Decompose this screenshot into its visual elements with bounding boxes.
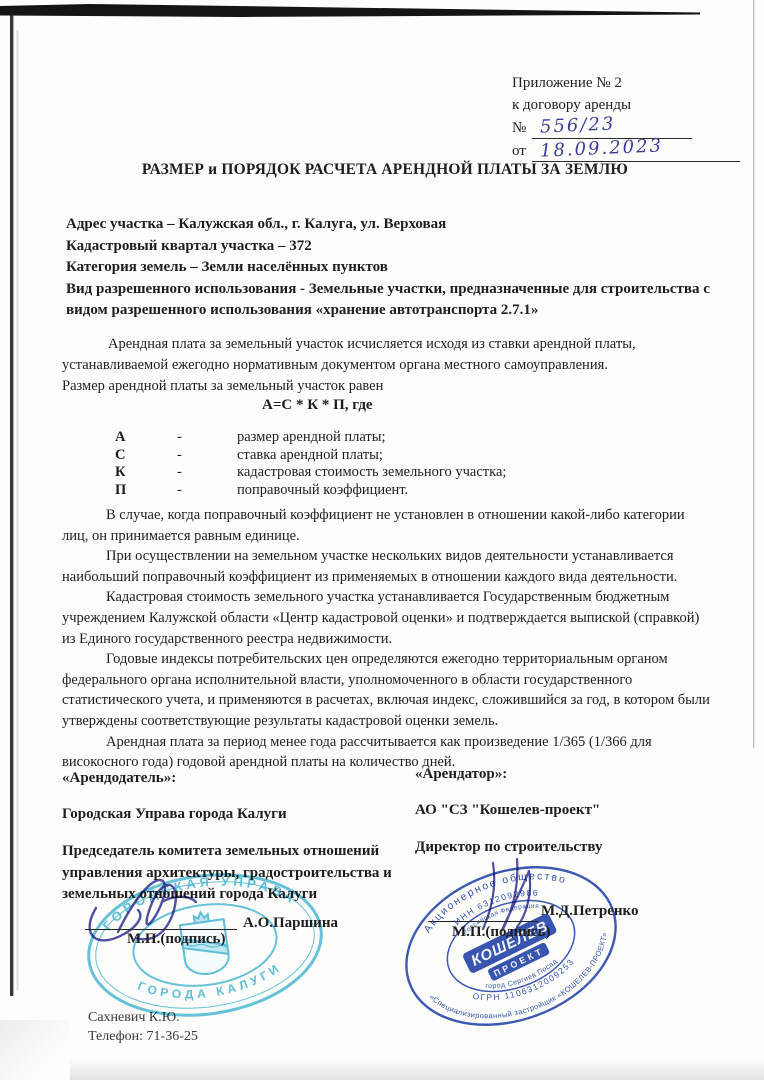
plot-land-category: Категория земель – Земли населённых пунк… (66, 257, 712, 279)
definition-row: А - размер арендной платы; (115, 429, 675, 447)
paragraph: Кадастровая стоимость земельного участка… (62, 587, 712, 649)
bottom-page-edge (0, 1058, 764, 1080)
lessee-signature-line (428, 921, 538, 922)
intro-paragraph: Арендная плата за земельный участок исчи… (62, 334, 710, 397)
number-underline: 556/23 (532, 115, 692, 139)
contract-number-line: № 556/23 (512, 116, 750, 139)
plot-permitted-use: Вид разрешенного использования - Земельн… (66, 279, 712, 322)
paragraph: При осуществлении на земельном участке н… (62, 546, 712, 587)
lessee-signer-name: М.Д.Петренко (541, 903, 638, 920)
definition-dash: - (177, 464, 237, 482)
lessor-signer-name: А.О.Паршина (243, 915, 338, 932)
intro-text: Арендная плата за земельный участок исчи… (62, 334, 710, 376)
lessee-role-header: «Арендатор»: (415, 764, 725, 786)
paragraph: Годовые индексы потребительских цен опре… (62, 649, 712, 731)
definition-dash: - (177, 447, 237, 465)
contract-date-line: от 18.09.2023 (512, 139, 750, 162)
top-scan-line (0, 4, 700, 17)
rent-formula: А=С * К * П, где (262, 397, 373, 414)
definition-dash: - (177, 429, 237, 447)
right-scan-line (753, 0, 754, 748)
annex-header: Приложение № 2 к договору аренды № 556/2… (512, 72, 750, 162)
paragraph: В случае, когда поправочный коэффициент … (62, 505, 712, 546)
body-paragraphs: В случае, когда поправочный коэффициент … (62, 505, 712, 773)
handwritten-contract-date: 18.09.2023 (539, 135, 663, 162)
plot-cadastral-quarter: Кадастровый квартал участка – 372 (66, 236, 712, 258)
lessee-organization: АО "СЗ "Кошелев-проект" (415, 800, 725, 822)
formula-definitions: А - размер арендной платы; С - ставка ар… (115, 429, 675, 499)
left-scan-line (10, 14, 13, 996)
definition-letter: С (115, 447, 177, 465)
lessor-role-header: «Арендодатель»: (62, 768, 414, 790)
definition-meaning: кадастровая стоимость земельного участка… (237, 464, 506, 482)
plot-address: Адрес участка – Калужская обл., г. Калуг… (66, 214, 712, 236)
date-label: от (512, 140, 526, 162)
definition-row: П - поправочный коэффициент. (115, 482, 675, 500)
definition-row: С - ставка арендной платы; (115, 447, 675, 465)
annex-number-line: Приложение № 2 (512, 72, 750, 94)
definition-meaning: поправочный коэффициент. (237, 482, 408, 500)
bottom-left-shade (0, 1020, 70, 1080)
contract-line: к договору аренды (512, 94, 750, 116)
number-label: № (512, 117, 526, 139)
definition-dash: - (177, 482, 237, 500)
date-underline: 18.09.2023 (532, 138, 740, 162)
lessee-seal-note: М.П.(подпись) (452, 924, 551, 941)
definition-row: К - кадастровая стоимость земельного уча… (115, 464, 675, 482)
definition-letter: П (115, 482, 177, 500)
intro-tail-text: Размер арендной платы за земельный участ… (62, 376, 710, 397)
scanned-document-page: Приложение № 2 к договору аренды № 556/2… (0, 0, 764, 1080)
definition-meaning: ставка арендной платы; (237, 447, 383, 465)
lessor-seal-note: М.П.(подпись) (127, 931, 226, 948)
definition-letter: К (115, 464, 177, 482)
plot-info-block: Адрес участка – Калужская обл., г. Калуг… (66, 214, 712, 322)
lessor-signature-line (85, 929, 237, 930)
lessor-organization: Городская Управа города Калуги (62, 804, 414, 826)
definition-meaning: размер арендной платы; (237, 429, 386, 447)
left-page-shadow (17, 30, 19, 990)
definition-letter: А (115, 429, 177, 447)
document-title: РАЗМЕР и ПОРЯДОК РАСЧЕТА АРЕНДНОЙ ПЛАТЫ … (40, 161, 730, 179)
handwritten-contract-number: 556/23 (540, 113, 616, 138)
